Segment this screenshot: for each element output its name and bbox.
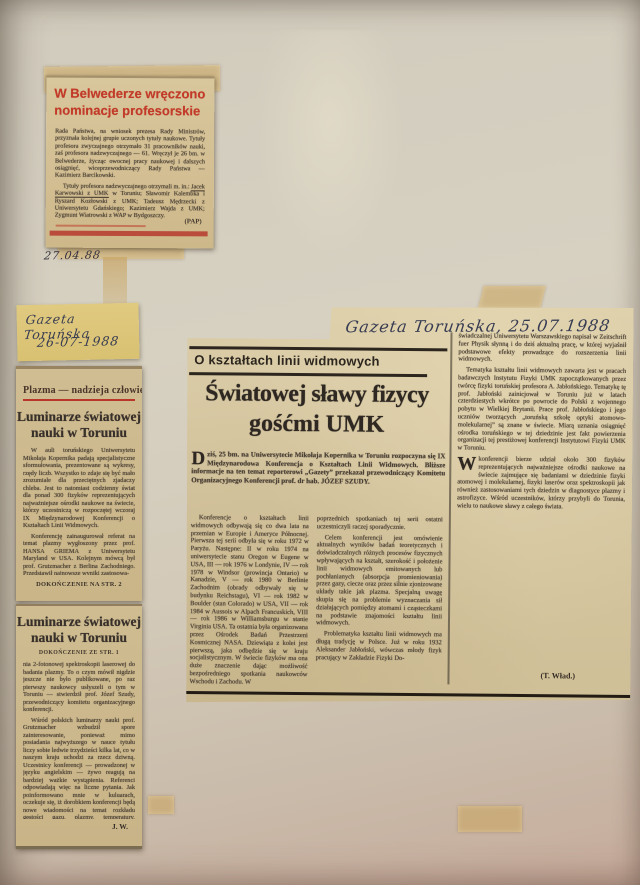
main-column-3: świadczalnej Uniwersytetu Warszawskiego … xyxy=(456,332,627,667)
luminarze1-headline: Luminarze światowej nauki w Toruniu xyxy=(16,409,142,441)
note-source-date: 26-07-1988 xyxy=(37,333,119,350)
handwritten-date: 27.04.88 xyxy=(44,249,101,263)
main-kicker-underline xyxy=(189,372,427,377)
tape-piece xyxy=(478,286,545,308)
nominations-headline-line2: nominacje profesorskie xyxy=(54,102,208,120)
luminarze2-body: nia 2-fotonowej spektroskopii laserowej … xyxy=(23,661,135,819)
luminarze2-para1: nia 2-fotonowej spektroskopii laserowej … xyxy=(23,661,135,714)
note-source-date-text: 26-07-1988 xyxy=(36,333,120,350)
main-col3-para3-text: konferencji bierze udział około 300 fizy… xyxy=(457,456,625,511)
main-lead: Dziś, 25 bm. na Uniwersytecie Mikołaja K… xyxy=(191,450,446,512)
clipping-main: Gazeta Toruńska, 25.07.1988 O kształtach… xyxy=(184,304,633,706)
clipping-luminarze-part1: Plazma — nadzieja człowieka Luminarze św… xyxy=(16,366,142,601)
nominations-headline: W Belwederze wręczono nominacje profesor… xyxy=(54,85,208,120)
luminarze1-para1: W auli toruńskiego Uniwersytetu Mikołaja… xyxy=(23,447,135,530)
main-col2-para3: Problematyka kształtu linii widmowych ma… xyxy=(316,630,442,662)
luminarze2-subhead: DOKOŃCZENIE ZE STR. 1 xyxy=(16,650,142,656)
nominations-source: (PAP) xyxy=(184,218,201,225)
red-marker-bar xyxy=(50,231,208,237)
main-headline-line1: Światowej sławy fizycy xyxy=(187,380,447,409)
main-lead-dropcap: D xyxy=(191,450,207,466)
luminarze1-continuation-footer: DOKOŃCZENIE NA STR. 2 xyxy=(16,581,142,588)
luminarze2-signature: J. W. xyxy=(112,822,128,831)
luminarze2-headline-line2: nauki w Toruniu xyxy=(16,630,142,646)
main-col3-dropcap: W xyxy=(457,455,478,471)
main-column-1: Konferencje o kształtach linii widmowych… xyxy=(189,514,308,687)
clipping-luminarze-part2: Luminarze światowej nauki w Toruniu DOKO… xyxy=(16,604,142,849)
main-column-divider xyxy=(447,332,452,684)
main-col3-para2: Tematyka kształtu linii widmowych zawart… xyxy=(457,367,626,454)
sticky-note: Gazeta Toruńska 26-07-1988 xyxy=(16,303,139,362)
main-kicker: O kształtach linii widmowych xyxy=(194,352,380,369)
luminarze1-para2: Konferencję zainaugurował referat na tem… xyxy=(23,533,135,576)
luminarze1-body: W auli toruńskiego Uniwersytetu Mikołaja… xyxy=(23,447,135,575)
main-col2-para1: poprzednich spotkaniach tej serii ostatn… xyxy=(317,515,443,532)
luminarze2-headline: Luminarze światowej nauki w Toruniu xyxy=(16,614,142,646)
nominations-para1: Rada Państwa, na wniosek prezesa Rady Mi… xyxy=(55,128,205,181)
album-page: W Belwederze wręczono nominacje profesor… xyxy=(0,0,640,885)
red-marker-smudge xyxy=(56,225,146,227)
luminarze2-para2: Wśród polskich luminarzy nauki prof. Gru… xyxy=(23,717,135,820)
main-col3-para1: świadczalnej Uniwersytetu Warszawskiego … xyxy=(458,332,626,365)
luminarze1-headline-line2: nauki w Toruniu xyxy=(16,425,142,441)
page-light-stain xyxy=(255,30,405,260)
main-column-2: poprzednich spotkaniach tej serii ostatn… xyxy=(315,515,442,688)
nominations-headline-line1: W Belwederze wręczono xyxy=(54,85,208,103)
luminarze-kicker: Plazma — nadzieja człowieka xyxy=(23,385,135,401)
tape-piece xyxy=(458,806,522,832)
luminarze1-headline-line1: Luminarze światowej xyxy=(16,409,142,425)
main-col2-para2: Celem konferencji jest omówienie aktualn… xyxy=(316,534,443,629)
main-bottom-rule xyxy=(184,691,630,698)
clipping-nominations: W Belwederze wręczono nominacje profesor… xyxy=(46,76,215,249)
tape-piece xyxy=(148,796,174,814)
nominations-body: Rada Państwa, na wniosek prezesa Rady Mi… xyxy=(55,128,205,221)
luminarze2-headline-line1: Luminarze światowej xyxy=(16,614,142,630)
handwritten-date-text: 27.04.88 xyxy=(43,248,102,262)
main-headline-line2: gośćmi UMK xyxy=(187,410,447,439)
main-col3-para3: Wkonferencji bierze udział około 300 fiz… xyxy=(457,455,625,511)
main-top-rule xyxy=(189,346,447,351)
main-lead-text: ziś, 25 bm. na Uniwersytecie Mikołaja Ko… xyxy=(191,450,445,485)
main-signature: (T. Wład.) xyxy=(540,671,575,680)
nominations-para2: Tytuły profesora nadzwyczajnego otrzymal… xyxy=(55,182,205,220)
main-col1-text: Konferencje o kształtach linii widmowych… xyxy=(189,514,308,687)
